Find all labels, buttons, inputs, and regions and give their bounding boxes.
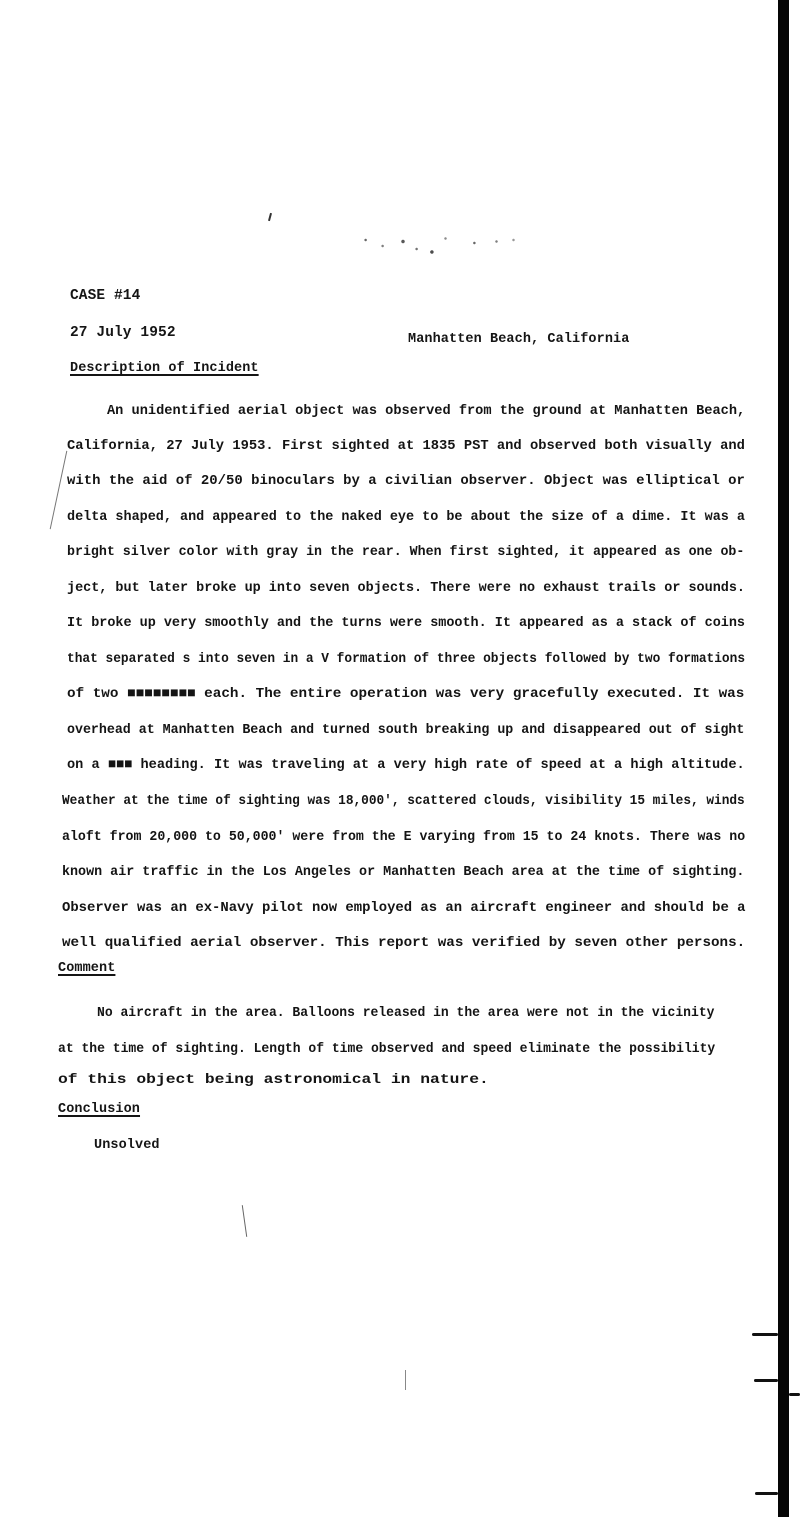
scan-edge-tick [755,1492,778,1495]
scan-edge-tick [752,1333,778,1336]
document-page: CASE #14 27 July 1952 Manhatten Beach, C… [0,0,800,1517]
description-line: aloft from 20,000 to 50,000' were from t… [62,829,745,845]
stray-mark [268,213,272,221]
scan-edge-bar [778,0,789,1517]
incident-date: 27 July 1952 [70,325,176,341]
description-line: An unidentified aerial object was observ… [107,403,745,419]
faded-stamp [352,228,522,258]
description-line: Observer was an ex-Navy pilot now employ… [62,900,745,916]
comment-line: at the time of sighting. Length of time … [58,1041,715,1057]
description-line: known air traffic in the Los Angeles or … [62,864,744,880]
stray-mark [405,1370,406,1390]
scan-edge-tick [789,1393,800,1396]
case-label: CASE #14 [70,288,140,304]
description-line: bright silver color with gray in the rea… [67,544,744,560]
conclusion-heading: Conclusion [58,1102,140,1117]
description-line: with the aid of 20/50 binoculars by a ci… [67,473,745,489]
comment-heading: Comment [58,961,115,976]
comment-line: No aircraft in the area. Balloons releas… [97,1005,714,1021]
description-line: delta shaped, and appeared to the naked … [67,509,745,525]
description-line: It broke up very smoothly and the turns … [67,615,745,631]
incident-location: Manhatten Beach, California [408,332,629,347]
stray-mark [50,451,68,529]
conclusion-value: Unsolved [94,1138,160,1153]
description-line: that separated s into seven in a V forma… [67,651,745,667]
comment-line: of this object being astronomical in nat… [58,1072,489,1088]
scan-edge-tick [754,1379,778,1382]
description-line: California, 27 July 1953. First sighted … [67,438,745,454]
description-line: on a ■■■ heading. It was traveling at a … [67,757,745,773]
description-line: well qualified aerial observer. This rep… [62,935,745,951]
description-heading: Description of Incident [70,361,259,376]
description-line: Weather at the time of sighting was 18,0… [62,793,745,809]
description-line: overhead at Manhatten Beach and turned s… [67,722,744,738]
stray-mark [242,1205,247,1237]
description-line: ject, but later broke up into seven obje… [67,580,745,596]
description-line: of two ■■■■■■■■ each. The entire operati… [67,686,744,702]
